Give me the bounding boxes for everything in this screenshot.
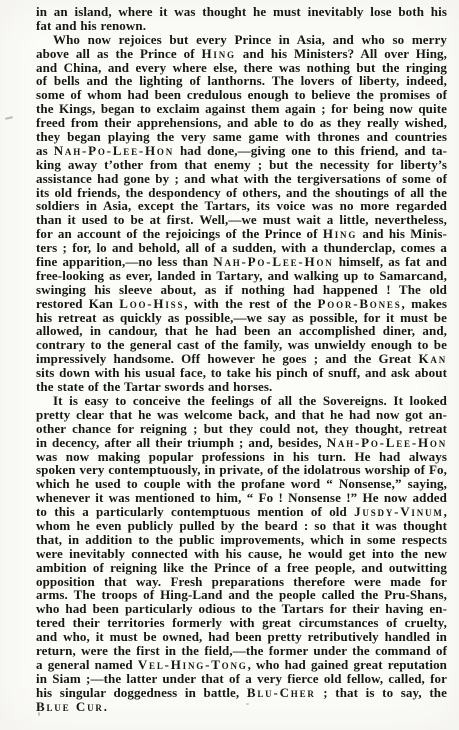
text-line: king away t’other from that enemy ; but … [36,158,447,172]
proper-noun-smallcaps: Poor-Bones [318,296,402,311]
text-line: in decency, after all their triumph ; an… [36,436,447,450]
text-line: fine apparition,—no less than Nah-Po-Lee… [36,255,447,269]
text-line: in an island, where it was thought he mu… [36,5,447,19]
text-line: his retreat as quickly as possible,—we s… [36,311,447,325]
proper-noun-smallcaps: Loo-Hiss [119,296,184,311]
proper-noun-smallcaps: Nah-Po-Lee-Hon [327,435,447,450]
text-line: Who now rejoices but every Prince in Asi… [36,33,447,47]
text-line: ters ; for, lo and behold, all of a sudd… [36,241,447,255]
text-line: than it used to be at first. Well,—we mu… [36,213,447,227]
text-line: contrary to the general cast of the fami… [36,338,447,352]
text-line: free-looking as ever, landed in Tartary,… [36,269,447,283]
text-line: its old friends, the despondency of othe… [36,186,447,200]
proper-noun-smallcaps: Kan [418,351,447,366]
text-line: swinging his sleeve about, as if nothing… [36,283,447,297]
page-text: in an island, where it was thought he mu… [36,5,447,713]
text-line: ambition of reigning like the Prince of … [36,561,447,575]
text-line: assistance had gone by ; and what with t… [36,172,447,186]
text-line: of bells and the lighting of lanthorns. … [36,74,447,88]
text-line: impressively handsome. Off however he go… [36,352,447,366]
text-line: arms. The troops of Hing-Land and the pe… [36,588,447,602]
text-line: some of whom had been credulous enough t… [36,88,447,102]
paragraph: in an island, where it was thought he mu… [36,5,447,33]
text-line: tered their territories formerly with gr… [36,616,447,630]
proper-noun-smallcaps: Nah-Po-Lee-Hon [54,143,174,158]
text-line: a general named Vel-Hing-Tong, who had g… [36,658,447,672]
text-line: they began playing the very same game wi… [36,130,447,144]
text-line: soldiers in Asia, except the Tartars, it… [36,199,447,213]
text-line: other chance for reigning ; but they cou… [36,422,447,436]
text-line: which he used to couple with the profane… [36,477,447,491]
proper-noun-smallcaps: Blue Cur [36,699,104,714]
text-line: and China, and every where else, there w… [36,61,447,75]
proper-noun-smallcaps: Nah-Po-Lee-Hon [213,254,333,269]
text-line: spoken very contemptuously, in private, … [36,463,447,477]
paragraph: Who now rejoices but every Prince in Asi… [36,33,447,394]
book-page: in an island, where it was thought he mu… [0,0,459,730]
text-line: to this a particularly contemptuous ment… [36,505,447,519]
text-line: his singular doggedness in battle, Blu-C… [36,686,447,700]
text-line: as Nah-Po-Lee-Hon had done,—giving one t… [36,144,447,158]
text-line: whom he even publicly pulled by the bear… [36,519,447,533]
text-line: fat and his renown. [36,19,447,33]
text-line: and who, it must be owned, had been pret… [36,630,447,644]
proper-noun-smallcaps: Hing [202,46,236,61]
proper-noun-smallcaps: Hing [323,226,357,241]
text-line: whenever it was mentioned to him, “ Fo !… [36,491,447,505]
proper-noun-smallcaps: Jusdy-Vinum [354,504,444,519]
text-line: for an account of the rejoicings of the … [36,227,447,241]
text-line: sits down with his usual face, to take h… [36,366,447,380]
text-line: was now making popular professions in hi… [36,450,447,464]
paragraph: It is easy to conceive the feelings of a… [36,394,447,713]
text-line: opposition that way. Fresh preparations … [36,575,447,589]
text-line: restored Kan Loo-Hiss, with the rest of … [36,297,447,311]
text-line: who had been particularly odious to the … [36,602,447,616]
text-line: in Siam ;—the latter under that of a ver… [36,672,447,686]
text-line: the Kings, began to exclaim against them… [36,102,447,116]
text-line: the state of the Tartar swords and horse… [36,380,447,394]
text-line: freed from their apprehensions, and able… [36,116,447,130]
text-line: above all as the Prince of Hing and his … [36,47,447,61]
text-line: pretty clear that he was welcome back, a… [36,408,447,422]
scan-mark [5,116,13,120]
proper-noun-smallcaps: Blu-Cher [247,685,316,700]
proper-noun-smallcaps: Vel-Hing-Tong [138,657,248,672]
text-line: Blue Cur. [36,700,447,714]
text-line: were inevitably connected with his cause… [36,547,447,561]
text-line: that, in addition to the public improvem… [36,533,447,547]
text-line: return, were the first in the field,—the… [36,644,447,658]
text-line: allowed, in candour, that he had been an… [36,324,447,338]
text-line: It is easy to conceive the feelings of a… [36,394,447,408]
